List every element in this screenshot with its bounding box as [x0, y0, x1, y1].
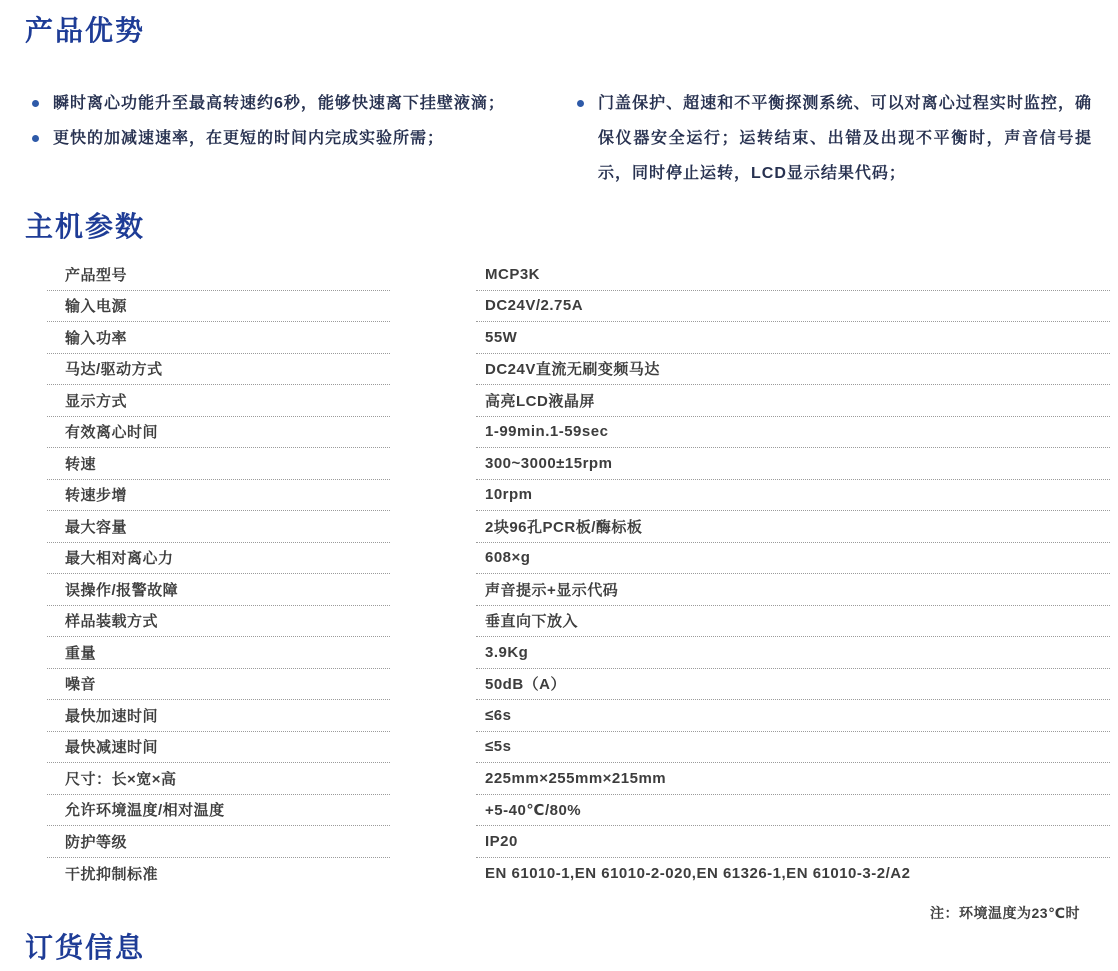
spec-table-row: 最快减速时间 ≤5s — [0, 732, 1118, 764]
spec-value-cell: 2块96孔PCR板/酶标板 — [476, 511, 1110, 543]
column-gap — [390, 291, 476, 323]
spec-label: 样品装载方式 — [65, 610, 158, 631]
spec-table-row: 转速步增 10rpm — [0, 480, 1118, 512]
spec-value-cell: 声音提示+显示代码 — [476, 574, 1110, 606]
spec-value: ≤6s — [485, 707, 511, 724]
spec-table-row: 马达/驱动方式 DC24V直流无刷变频马达 — [0, 354, 1118, 386]
spec-label-cell: 输入功率 — [47, 322, 390, 354]
spec-value-cell: 1-99min.1-59sec — [476, 417, 1110, 449]
advantages-column-right: 门盖保护、超速和不平衡探测系统、可以对离心过程实时监控，确保仪器安全运行；运转结… — [575, 86, 1092, 191]
advantage-item: 瞬时离心功能升至最高转速约6秒，能够快速离下挂壁液滴； — [30, 86, 575, 121]
column-gap — [390, 826, 476, 858]
advantage-text: 瞬时离心功能升至最高转速约6秒，能够快速离下挂壁液滴； — [53, 86, 505, 121]
spec-label: 输入功率 — [65, 327, 127, 348]
advantages-section: 瞬时离心功能升至最高转速约6秒，能够快速离下挂壁液滴； 更快的加减速速率，在更短… — [30, 86, 1092, 191]
spec-label-cell: 最快减速时间 — [47, 732, 390, 764]
spec-table-row: 输入功率 55W — [0, 322, 1118, 354]
spec-value: 3.9Kg — [485, 644, 528, 661]
spec-label: 最大相对离心力 — [65, 547, 174, 568]
spec-value: EN 61010-1,EN 61010-2-020,EN 61326-1,EN … — [485, 865, 910, 882]
spec-label-cell: 防护等级 — [47, 826, 390, 858]
spec-label: 产品型号 — [65, 264, 127, 285]
section-title-main-parameters: 主机参数 — [25, 212, 145, 243]
spec-table: 产品型号 MCP3K 输入电源 DC24V/2.75A 输入功率 — [0, 259, 1118, 889]
spec-label-cell: 重量 — [47, 637, 390, 669]
spec-table-row: 产品型号 MCP3K — [0, 259, 1118, 291]
spec-label-cell: 最快加速时间 — [47, 700, 390, 732]
spec-table-row: 显示方式 高亮LCD液晶屏 — [0, 385, 1118, 417]
advantage-text: 更快的加减速速率，在更短的时间内完成实验所需； — [53, 121, 444, 156]
spec-table-row: 防护等级 IP20 — [0, 826, 1118, 858]
spec-label: 最快加速时间 — [65, 705, 158, 726]
spec-value: 608×g — [485, 549, 530, 566]
spec-table-row: 重量 3.9Kg — [0, 637, 1118, 669]
column-gap — [390, 732, 476, 764]
spec-value-cell: 垂直向下放入 — [476, 606, 1110, 638]
column-gap — [390, 795, 476, 827]
spec-value-cell: DC24V直流无刷变频马达 — [476, 354, 1110, 386]
spec-table-row: 最快加速时间 ≤6s — [0, 700, 1118, 732]
advantage-text: 门盖保护、超速和不平衡探测系统、可以对离心过程实时监控，确保仪器安全运行；运转结… — [598, 86, 1092, 191]
spec-value-cell: 3.9Kg — [476, 637, 1110, 669]
spec-label: 转速 — [65, 453, 96, 474]
section-title-advantages: 产品优势 — [25, 16, 145, 47]
spec-label: 尺寸：长×宽×高 — [65, 768, 177, 789]
spec-label: 噪音 — [65, 673, 96, 694]
bullet-icon — [577, 100, 584, 107]
spec-label-cell: 噪音 — [47, 669, 390, 701]
spec-label: 输入电源 — [65, 295, 127, 316]
spec-label-cell: 转速步增 — [47, 480, 390, 512]
spec-table-row: 误操作/报警故障 声音提示+显示代码 — [0, 574, 1118, 606]
spec-value-cell: DC24V/2.75A — [476, 291, 1110, 323]
spec-label-cell: 显示方式 — [47, 385, 390, 417]
spec-label: 马达/驱动方式 — [65, 358, 163, 379]
spec-label: 允许环境温度/相对温度 — [65, 799, 225, 820]
spec-value: ≤5s — [485, 738, 511, 755]
spec-value: 225mm×255mm×215mm — [485, 770, 666, 787]
bullet-icon — [32, 100, 39, 107]
spec-table-row: 样品装载方式 垂直向下放入 — [0, 606, 1118, 638]
spec-value: 55W — [485, 329, 517, 346]
spec-table-row: 最大相对离心力 608×g — [0, 543, 1118, 575]
spec-label-cell: 干扰抑制标准 — [47, 858, 390, 890]
spec-value-cell: 608×g — [476, 543, 1110, 575]
advantage-item: 门盖保护、超速和不平衡探测系统、可以对离心过程实时监控，确保仪器安全运行；运转结… — [575, 86, 1092, 191]
spec-table-row: 有效离心时间 1-99min.1-59sec — [0, 417, 1118, 449]
spec-label-cell: 误操作/报警故障 — [47, 574, 390, 606]
spec-label: 最快减速时间 — [65, 736, 158, 757]
spec-label-cell: 输入电源 — [47, 291, 390, 323]
spec-value-cell: ≤5s — [476, 732, 1110, 764]
column-gap — [390, 574, 476, 606]
spec-value-cell: IP20 — [476, 826, 1110, 858]
spec-value-cell: EN 61010-1,EN 61010-2-020,EN 61326-1,EN … — [476, 858, 1110, 890]
column-gap — [390, 763, 476, 795]
spec-label: 显示方式 — [65, 390, 127, 411]
column-gap — [390, 259, 476, 291]
spec-table-row: 输入电源 DC24V/2.75A — [0, 291, 1118, 323]
spec-value-cell: +5-40℃/80% — [476, 795, 1110, 827]
spec-value: +5-40℃/80% — [485, 801, 581, 819]
spec-value: MCP3K — [485, 266, 540, 283]
spec-label: 有效离心时间 — [65, 421, 158, 442]
column-gap — [390, 637, 476, 669]
spec-value: IP20 — [485, 833, 518, 850]
spec-label-cell: 最大相对离心力 — [47, 543, 390, 575]
spec-value: 垂直向下放入 — [485, 610, 578, 631]
spec-value: DC24V直流无刷变频马达 — [485, 358, 660, 379]
advantage-item: 更快的加减速速率，在更短的时间内完成实验所需； — [30, 121, 575, 156]
spec-label-cell: 产品型号 — [47, 259, 390, 291]
spec-label-cell: 最大容量 — [47, 511, 390, 543]
column-gap — [390, 448, 476, 480]
spec-value-cell: 300~3000±15rpm — [476, 448, 1110, 480]
column-gap — [390, 322, 476, 354]
spec-table-row: 尺寸：长×宽×高 225mm×255mm×215mm — [0, 763, 1118, 795]
column-gap — [390, 417, 476, 449]
column-gap — [390, 543, 476, 575]
spec-value-cell: ≤6s — [476, 700, 1110, 732]
spec-label-cell: 有效离心时间 — [47, 417, 390, 449]
column-gap — [390, 385, 476, 417]
spec-value: 50dB（A） — [485, 673, 566, 694]
section-title-ordering-info: 订货信息 — [25, 933, 145, 964]
spec-label-cell: 转速 — [47, 448, 390, 480]
spec-label-cell: 尺寸：长×宽×高 — [47, 763, 390, 795]
column-gap — [390, 700, 476, 732]
bullet-icon — [32, 135, 39, 142]
advantages-column-left: 瞬时离心功能升至最高转速约6秒，能够快速离下挂壁液滴； 更快的加减速速率，在更短… — [30, 86, 575, 191]
spec-value-cell: 225mm×255mm×215mm — [476, 763, 1110, 795]
spec-label-cell: 马达/驱动方式 — [47, 354, 390, 386]
spec-value-cell: 50dB（A） — [476, 669, 1110, 701]
spec-table-row: 允许环境温度/相对温度 +5-40℃/80% — [0, 795, 1118, 827]
ambient-temperature-footnote: 注：环境温度为23℃时 — [930, 903, 1080, 923]
spec-label: 干扰抑制标准 — [65, 863, 158, 884]
spec-label: 重量 — [65, 642, 96, 663]
spec-value: 1-99min.1-59sec — [485, 423, 608, 440]
spec-value-cell: 55W — [476, 322, 1110, 354]
column-gap — [390, 669, 476, 701]
spec-value: 声音提示+显示代码 — [485, 579, 618, 600]
spec-value: 高亮LCD液晶屏 — [485, 390, 595, 411]
spec-table-row: 最大容量 2块96孔PCR板/酶标板 — [0, 511, 1118, 543]
spec-label: 转速步增 — [65, 484, 127, 505]
spec-label-cell: 允许环境温度/相对温度 — [47, 795, 390, 827]
spec-label: 误操作/报警故障 — [65, 579, 178, 600]
datasheet-page: 产品优势 瞬时离心功能升至最高转速约6秒，能够快速离下挂壁液滴； 更快的加减速速… — [0, 0, 1118, 971]
column-gap — [390, 480, 476, 512]
spec-label-cell: 样品装载方式 — [47, 606, 390, 638]
column-gap — [390, 354, 476, 386]
spec-value-cell: 10rpm — [476, 480, 1110, 512]
spec-value: DC24V/2.75A — [485, 297, 583, 314]
spec-table-row: 干扰抑制标准 EN 61010-1,EN 61010-2-020,EN 6132… — [0, 858, 1118, 890]
spec-label: 防护等级 — [65, 831, 127, 852]
spec-table-row: 噪音 50dB（A） — [0, 669, 1118, 701]
column-gap — [390, 511, 476, 543]
spec-value: 2块96孔PCR板/酶标板 — [485, 516, 642, 537]
column-gap — [390, 606, 476, 638]
spec-value-cell: MCP3K — [476, 259, 1110, 291]
spec-value: 10rpm — [485, 486, 533, 503]
spec-label: 最大容量 — [65, 516, 127, 537]
spec-table-row: 转速 300~3000±15rpm — [0, 448, 1118, 480]
column-gap — [390, 858, 476, 890]
spec-value-cell: 高亮LCD液晶屏 — [476, 385, 1110, 417]
spec-value: 300~3000±15rpm — [485, 455, 612, 472]
